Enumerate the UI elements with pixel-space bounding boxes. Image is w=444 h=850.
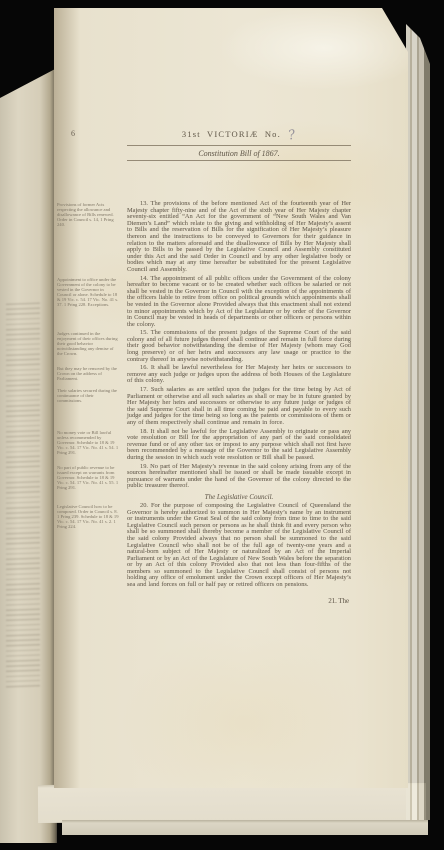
margin-note: But they may be removed by the Crown on … [57,366,119,381]
section-text: 18. It shall not be lawful for the Legis… [127,429,351,462]
under-page-edge [38,783,426,823]
section-text: 15. The commissions of the present judge… [127,330,351,363]
margin-note: Provisions of former Acts respecting the… [57,202,119,227]
document-section: But they may be removed by the Crown on … [127,365,351,385]
document-page: 6 31st VICTORIÆ No.? Constitution Bill o… [54,8,408,788]
section-text: 13. The provisions of the before mention… [127,201,351,274]
section-heading: The Legislative Council. [127,493,351,501]
handwritten-mark: ? [287,127,298,143]
document-section: Judges continued in the enjoyment of the… [127,330,351,363]
catchword: 21. The [127,598,351,605]
margin-note: Their salaries secured during the contin… [57,388,119,403]
document-section: Appointment to office under the Governme… [127,276,351,329]
running-header: 31st VICTORIÆ No.? [127,126,351,141]
document-section: Legislative Council how to be composed. … [127,503,351,589]
margin-note: Appointment to office under the Governme… [57,277,119,307]
under-page-edge [62,820,428,835]
section-text: 17. Such salaries as are settled upon th… [127,387,351,427]
bill-subtitle: Constitution Bill of 1867. [127,149,351,158]
margin-note: No part of public revenue to be issued e… [57,465,119,490]
book-fore-edge [406,24,430,820]
show-through-text [6,302,40,688]
margin-note: No money vote or Bill lawful unless reco… [57,430,119,455]
page-number: 6 [71,129,75,138]
document-section: No money vote or Bill lawful unless reco… [127,429,351,462]
margin-note: Judges continued in the enjoyment of the… [57,331,119,356]
section-text: 19. No part of Her Majesty’s revenue in … [127,464,351,490]
subtitle-rule [127,160,351,161]
facing-page-edge [0,68,57,843]
text-block: 31st VICTORIÆ No.? Constitution Bill of … [127,126,351,605]
section-text: 20. For the purpose of composing the Leg… [127,503,351,589]
header-rule [127,145,351,146]
document-section: Provisions of former Acts respecting the… [127,201,351,274]
section-text: 14. The appointment of all public office… [127,276,351,329]
margin-note: Legislative Council how to be composed. … [57,504,119,529]
header-title: 31st VICTORIÆ No. [182,129,281,139]
section-text: 16. It shall be lawful nevertheless for … [127,365,351,385]
document-sections: Provisions of former Acts respecting the… [127,201,351,589]
document-section: Their salaries secured during the contin… [127,387,351,427]
document-section: No part of public revenue to be issued e… [127,464,351,490]
scanned-book-photo: { "page": { "number": "6", "header": "31… [0,0,444,850]
